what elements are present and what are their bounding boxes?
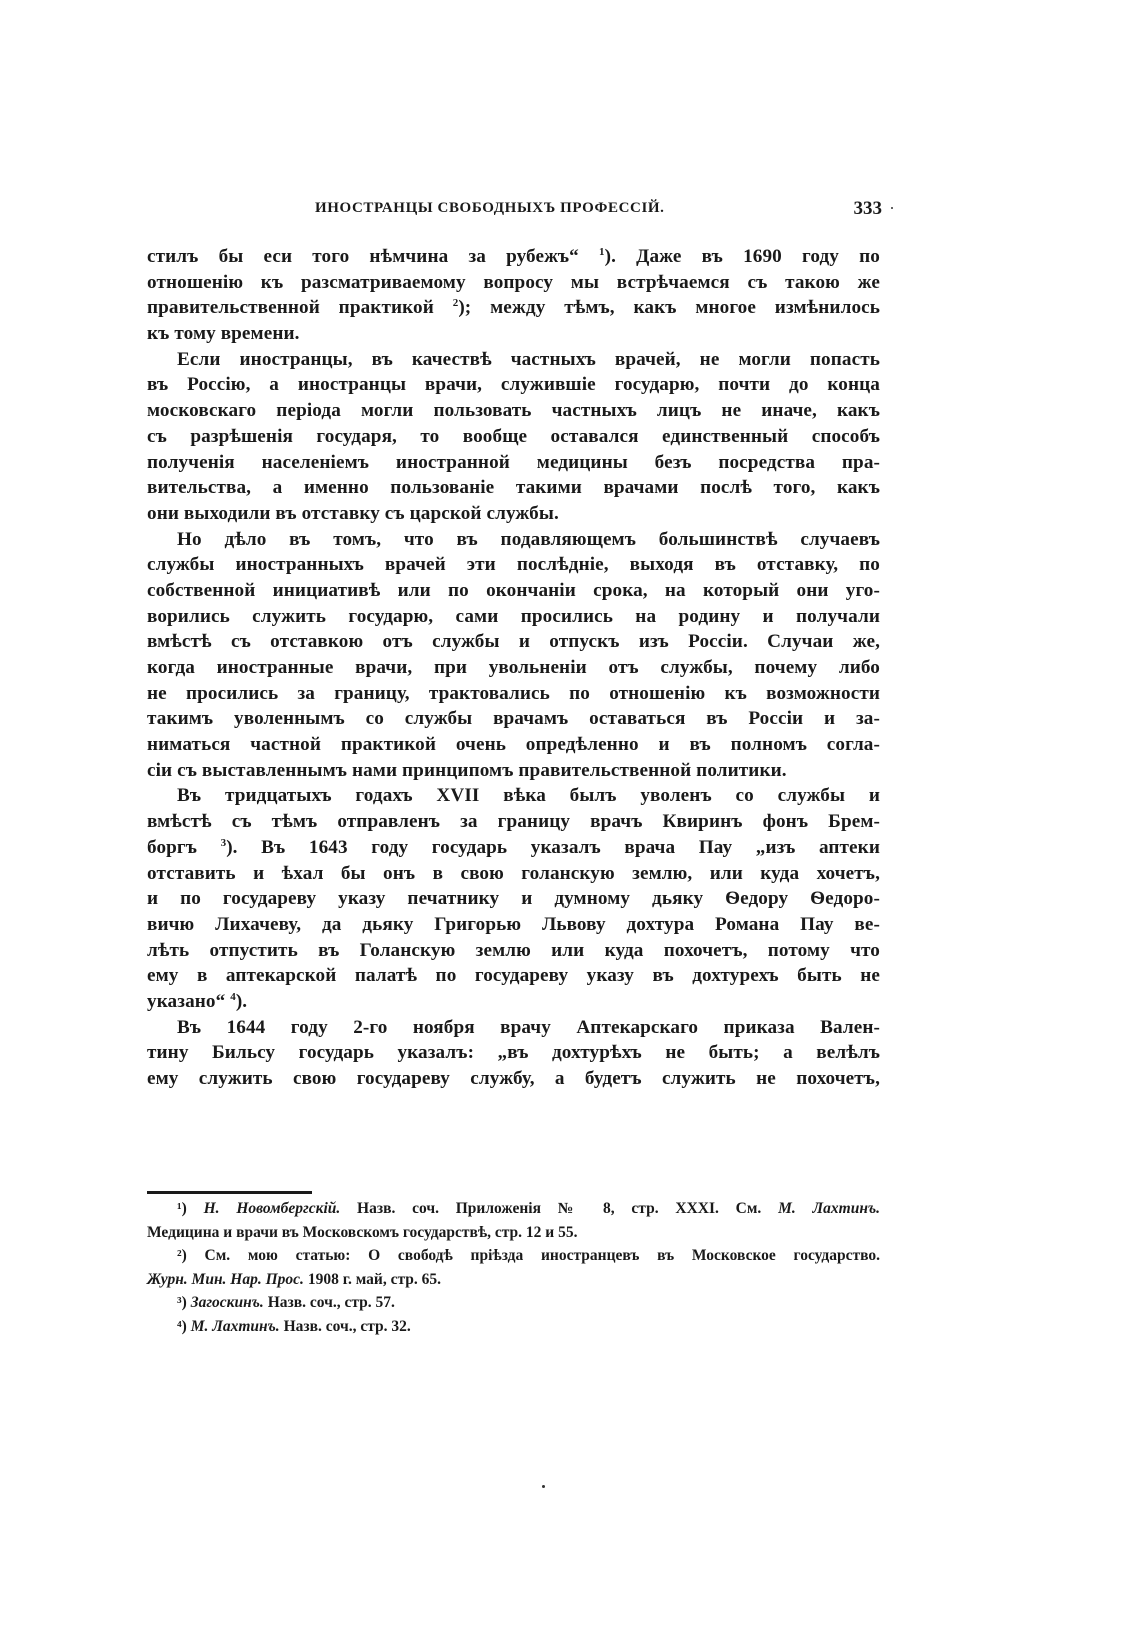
- text-line: такимъ уволеннымъ со службы врачамъ оста…: [147, 706, 880, 732]
- text-line: Въ 1644 году 2-го ноября врачу Аптекарск…: [147, 1015, 880, 1041]
- text-line: ему в аптекарской палатѣ по государеву у…: [147, 963, 880, 989]
- text-line: собственной инициативѣ или по окончаніи …: [147, 578, 880, 604]
- body-text: стилъ бы еси того нѣмчина за рубежъ“ 1).…: [147, 244, 880, 1092]
- text-line: правительственной практикой 2); между тѣ…: [147, 295, 880, 321]
- text-line: ворились служить государю, сами просилис…: [147, 604, 880, 630]
- text-line: полученія населеніемъ иностранной медици…: [147, 450, 880, 476]
- footnote-line: Медицина и врачи въ Московскомъ государс…: [147, 1221, 880, 1245]
- text-line: лѣть отпустить въ Голанскую землю или ку…: [147, 938, 880, 964]
- footnotes: ¹) Н. Новомбергскій. Назв. соч. Приложен…: [147, 1197, 880, 1338]
- text-line: вичю Лихачеву, да дьяку Григорью Львову …: [147, 912, 880, 938]
- scan-speck: [891, 207, 893, 209]
- page-number: 333: [854, 198, 883, 220]
- text-line: они выходили въ отставку съ царской служ…: [147, 501, 880, 527]
- text-line: стилъ бы еси того нѣмчина за рубежъ“ 1).…: [147, 244, 880, 270]
- text-line: службы иностранныхъ врачей эти послѣдніе…: [147, 552, 880, 578]
- text-line: указано“ 4).: [147, 989, 880, 1015]
- footnote-line: ⁴) М. Лахтинъ. Назв. соч., стр. 32.: [147, 1315, 880, 1339]
- text-line: съ разрѣшенія государя, то вообще остава…: [147, 424, 880, 450]
- text-line: въ Россію, а иностранцы врачи, служившіе…: [147, 372, 880, 398]
- footnote-line: ¹) Н. Новомбергскій. Назв. соч. Приложен…: [147, 1197, 880, 1221]
- text-line: тину Бильсу государь указалъ: „въ дохтур…: [147, 1040, 880, 1066]
- text-line: ему служить свою государеву службу, а бу…: [147, 1066, 880, 1092]
- text-line: отношенію къ разсматриваемому вопросу мы…: [147, 270, 880, 296]
- text-line: Въ тридцатыхъ годахъ XVII вѣка былъ увол…: [147, 783, 880, 809]
- footnote-line: Журн. Мин. Нар. Прос. 1908 г. май, стр. …: [147, 1268, 880, 1292]
- scan-speck: [542, 1485, 545, 1488]
- text-line: вительства, а именно пользованіе такими …: [147, 475, 880, 501]
- footnote-rule: [147, 1191, 312, 1194]
- text-line: вмѣстѣ съ отставкою отъ службы и отпускъ…: [147, 629, 880, 655]
- running-head: иностранцы свободныхъ профессій. 333: [147, 198, 880, 224]
- text-line: и по государеву указу печатнику и думном…: [147, 886, 880, 912]
- running-title: иностранцы свободныхъ профессій.: [315, 200, 665, 217]
- text-line: Если иностранцы, въ качествѣ частныхъ вр…: [147, 347, 880, 373]
- text-line: ниматься частной практикой очень опредѣл…: [147, 732, 880, 758]
- text-line: Но дѣло въ томъ, что въ подавляющемъ бол…: [147, 527, 880, 553]
- text-line: къ тому времени.: [147, 321, 880, 347]
- footnote-line: ²) См. мою статью: О свободѣ пріѣзда ино…: [147, 1244, 880, 1268]
- text-line: московскаго періода могли пользовать час…: [147, 398, 880, 424]
- text-line: не просились за границу, трактовались по…: [147, 681, 880, 707]
- text-line: вмѣстѣ съ тѣмъ отправленъ за границу вра…: [147, 809, 880, 835]
- text-line: сіи съ выставленнымъ нами принципомъ пра…: [147, 758, 880, 784]
- text-line: когда иностранные врачи, при увольненіи …: [147, 655, 880, 681]
- footnote-line: ³) Загоскинъ. Назв. соч., стр. 57.: [147, 1291, 880, 1315]
- text-line: боргъ 3). Въ 1643 году государь указалъ …: [147, 835, 880, 861]
- text-line: отставить и ѣхал бы онъ в свою голанскую…: [147, 861, 880, 887]
